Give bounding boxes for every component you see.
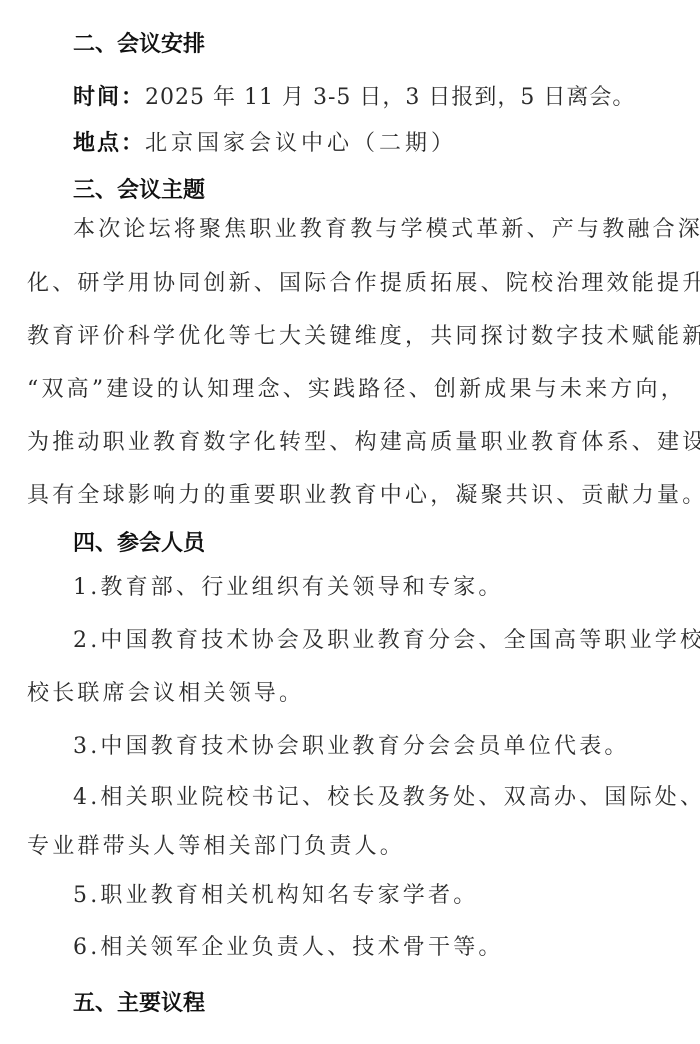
place-value: 北京国家会议中心（二期） [145,131,457,156]
time-value: 2025 年 11 月 3-5 日，3 日报到，5 日离会。 [145,85,635,110]
time-row: 时间：2025 年 11 月 3-5 日，3 日报到，5 日离会。 [73,84,700,112]
attendee-item-2: 2.中国教育技术协会及职业教育分会、全国高等职业学校 [73,627,700,655]
attendee-item-3: 3.中国教育技术协会职业教育分会会员单位代表。 [73,733,700,761]
theme-paragraph-line: 为推动职业教育数字化转型、构建高质量职业教育体系、建设 [27,429,700,457]
time-label: 时间： [73,85,145,110]
attendee-item-6: 6.相关领军企业负责人、技术骨干等。 [73,934,700,962]
attendee-item-4-cont: 专业群带头人等相关部门负责人。 [27,833,700,861]
theme-paragraph-line: 化、研学用协同创新、国际合作提质拓展、院校治理效能提升、 [27,270,700,298]
theme-paragraph-line: 教育评价科学优化等七大关键维度，共同探讨数字技术赋能新 [27,323,700,351]
attendee-item-1: 1.教育部、行业组织有关领导和专家。 [73,574,700,602]
theme-paragraph-line: 本次论坛将聚焦职业教育教与学模式革新、产与教融合深 [73,216,700,244]
place-label: 地点： [73,131,145,156]
attendee-item-2-cont: 校长联席会议相关领导。 [27,680,700,708]
attendee-item-5: 5.职业教育相关机构知名专家学者。 [73,882,700,910]
attendee-item-4: 4.相关职业院校书记、校长及教务处、双高办、国际处、 [73,784,700,812]
section-heading-theme: 三、会议主题 [73,177,700,205]
section-heading-arrangement: 二、会议安排 [73,31,700,59]
theme-paragraph-line: 具有全球影响力的重要职业教育中心，凝聚共识、贡献力量。 [27,482,700,510]
section-heading-agenda: 五、主要议程 [73,990,700,1018]
section-heading-attendees: 四、参会人员 [73,530,700,558]
place-row: 地点：北京国家会议中心（二期） [73,130,700,158]
theme-paragraph-line: “双高”建设的认知理念、实践路径、创新成果与未来方向， [27,376,700,404]
